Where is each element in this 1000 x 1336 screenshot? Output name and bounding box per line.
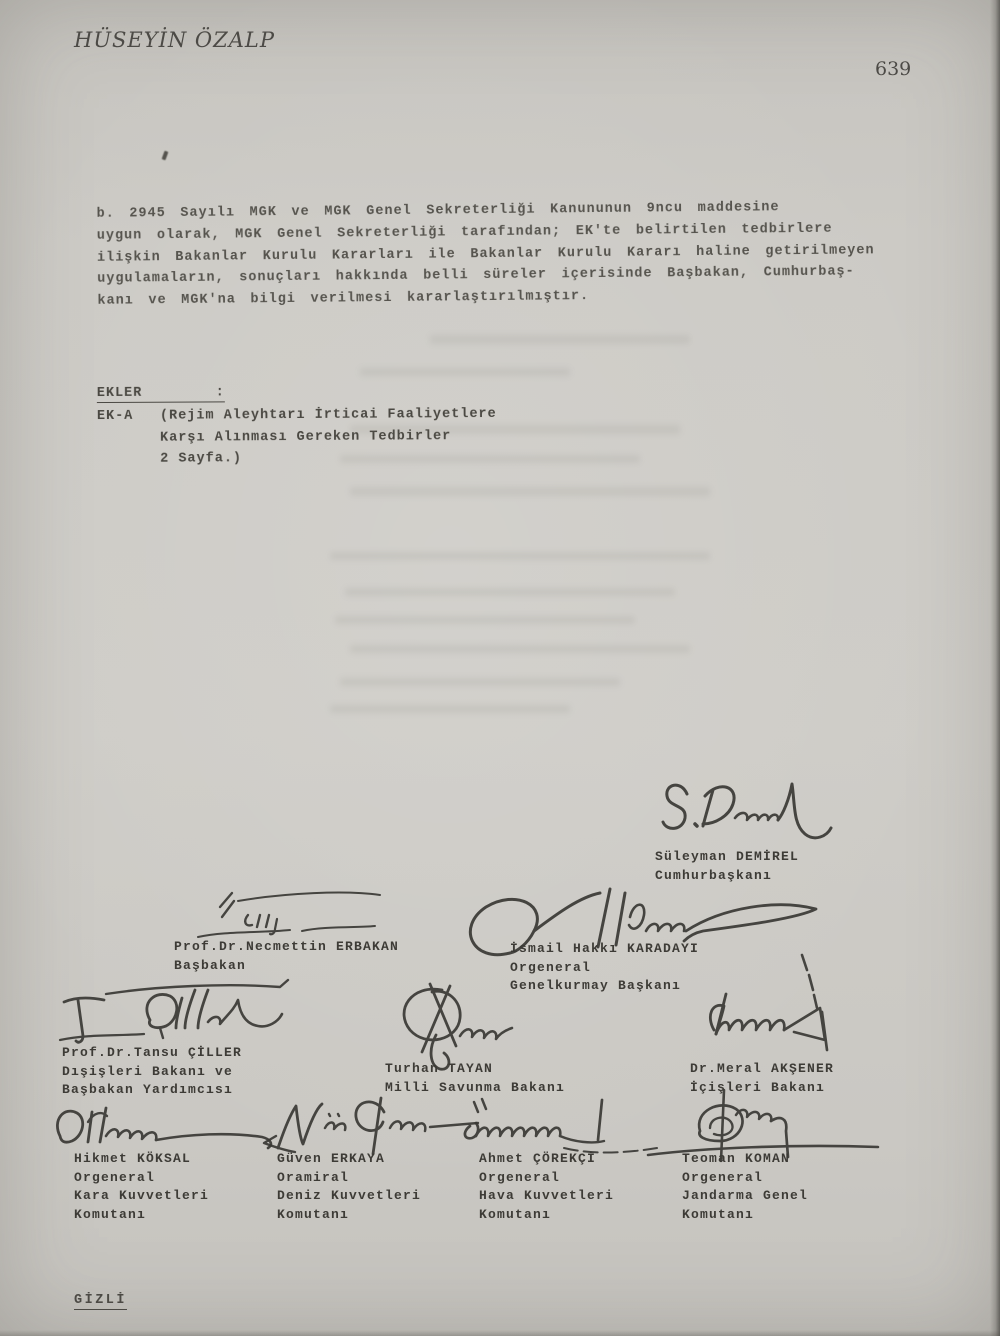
signatory-title: Komutanı <box>277 1206 421 1225</box>
signatory-koksal: Hikmet KÖKSAL Orgeneral Kara Kuvvetleri … <box>74 1150 209 1224</box>
bleedthrough-smudge <box>350 487 710 496</box>
bleedthrough-smudge <box>350 645 690 653</box>
signatory-name: Turhan TAYAN <box>385 1060 565 1079</box>
signatory-title: Dışişleri Bakanı ve <box>62 1063 242 1082</box>
signatory-title: Oramiral <box>277 1169 421 1188</box>
signatory-title: Başbakan Yardımcısı <box>62 1081 242 1100</box>
page-number: 639 <box>875 58 911 80</box>
running-header-author: HÜSEYİN ÖZALP <box>74 28 275 52</box>
signatory-title: Kara Kuvvetleri <box>74 1187 209 1206</box>
signatory-title: Deniz Kuvvetleri <box>277 1187 421 1206</box>
bleedthrough-smudge <box>360 368 570 376</box>
signatory-title: Komutanı <box>682 1206 808 1225</box>
ink-speck <box>162 151 169 161</box>
scanned-document-page: HÜSEYİN ÖZALP 639 b. 2945 Sayılı MGK ve … <box>0 0 1000 1336</box>
signatory-erbakan: Prof.Dr.Necmettin ERBAKAN Başbakan <box>174 938 399 975</box>
signatory-name: Süleyman DEMİREL <box>655 848 799 867</box>
signatory-corekci: Ahmet ÇÖREKÇİ Orgeneral Hava Kuvvetleri … <box>479 1150 614 1224</box>
signatory-name: Dr.Meral AKŞENER <box>690 1060 834 1079</box>
bleedthrough-smudge <box>430 335 690 344</box>
signatory-title: Cumhurbaşkanı <box>655 867 799 886</box>
signatory-title: Orgeneral <box>74 1169 209 1188</box>
classification-marking: GİZLİ <box>74 1293 127 1310</box>
bleedthrough-smudge <box>340 455 640 463</box>
signatory-title: Jandarma Genel <box>682 1187 808 1206</box>
signatory-title: Komutanı <box>479 1206 614 1225</box>
aksener-signature-ink <box>682 950 872 1065</box>
signatory-title: Orgeneral <box>682 1169 808 1188</box>
page-edge-shadow <box>990 0 1000 1336</box>
signatory-title: Genelkurmay Başkanı <box>510 977 699 996</box>
ek-a-line: (Rejim Aleyhtarı İrticai Faaliyetlere <box>160 404 497 427</box>
signatory-erkaya: Güven ERKAYA Oramiral Deniz Kuvvetleri K… <box>277 1150 421 1224</box>
paragraph-b: b. 2945 Sayılı MGK ve MGK Genel Sekreter… <box>96 196 887 313</box>
signatory-ciller: Prof.Dr.Tansu ÇİLLER Dışişleri Bakanı ve… <box>62 1044 242 1100</box>
signatory-title: Orgeneral <box>479 1169 614 1188</box>
page-bottom-shadow <box>0 1330 1000 1336</box>
ekler-label: EKLER <box>97 386 143 401</box>
ekler-heading: EKLER : <box>97 385 225 403</box>
signatory-title: Komutanı <box>74 1206 209 1225</box>
signatory-name: Güven ERKAYA <box>277 1150 421 1169</box>
signatory-name: Hikmet KÖKSAL <box>74 1150 209 1169</box>
signatory-name: Ahmet ÇÖREKÇİ <box>479 1150 614 1169</box>
signatory-name: Prof.Dr.Tansu ÇİLLER <box>62 1044 242 1063</box>
signatory-name: Prof.Dr.Necmettin ERBAKAN <box>174 938 399 957</box>
signatory-title: Başbakan <box>174 957 399 976</box>
bleedthrough-smudge <box>335 616 635 624</box>
bleedthrough-smudge <box>345 588 675 596</box>
signatory-title: Hava Kuvvetleri <box>479 1187 614 1206</box>
bleedthrough-smudge <box>330 552 710 560</box>
ek-a-code: EK-A <box>97 406 160 471</box>
signatory-name: Teoman KOMAN <box>682 1150 808 1169</box>
erbakan-signature-ink <box>190 885 390 945</box>
bleedthrough-smudge <box>330 705 570 713</box>
ekler-colon: : <box>216 385 225 400</box>
signatory-demirel: Süleyman DEMİREL Cumhurbaşkanı <box>655 848 799 885</box>
bleedthrough-smudge <box>340 678 620 686</box>
signatory-koman: Teoman KOMAN Orgeneral Jandarma Genel Ko… <box>682 1150 808 1224</box>
bleedthrough-smudge <box>350 425 680 434</box>
